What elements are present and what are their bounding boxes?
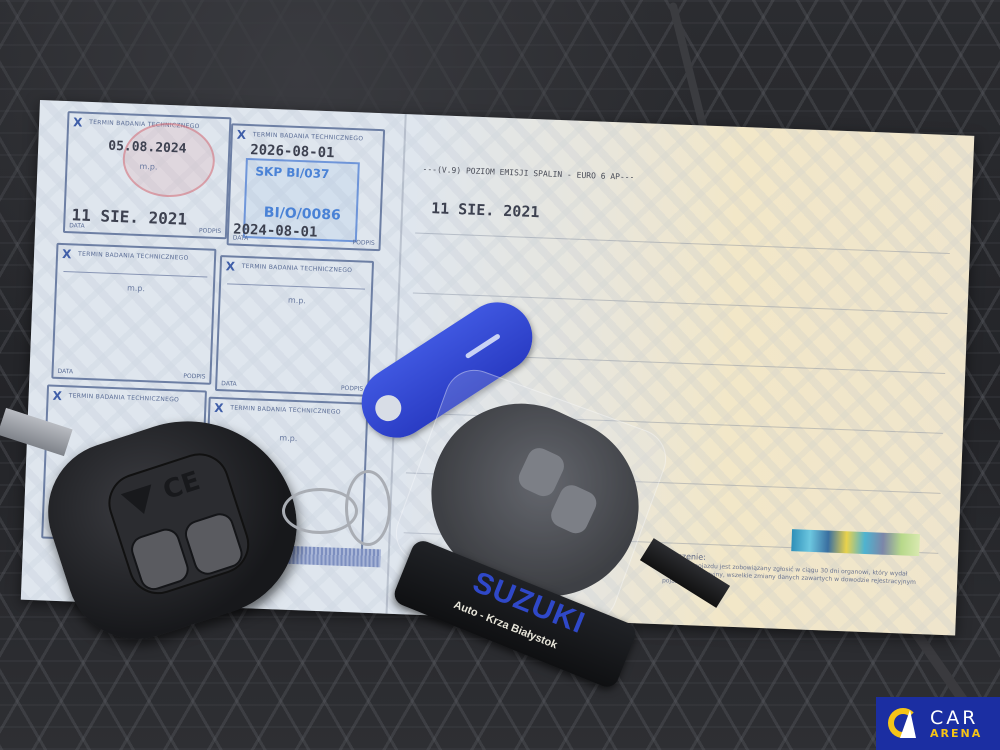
inspection-box-1: X TERMIN BADANIA TECHNICZNEGO 05.08.2024… bbox=[63, 111, 232, 239]
date-label: DATA bbox=[233, 235, 249, 243]
box-header: TERMIN BADANIA TECHNICZNEGO bbox=[69, 392, 180, 403]
car-arena-logo: CAR ARENA bbox=[876, 697, 1000, 750]
x-mark-icon: X bbox=[62, 247, 72, 261]
x-mark-icon: X bbox=[225, 259, 235, 273]
inspection-date-stamp: 11 SIE. 2021 bbox=[71, 205, 187, 228]
logo-text-car: CAR bbox=[930, 709, 982, 728]
inspection-box-2: X TERMIN BADANIA TECHNICZNEGO 2026-08-01… bbox=[227, 123, 386, 251]
ce-mark-icon: CE bbox=[160, 466, 204, 506]
box-header: TERMIN BADANIA TECHNICZNEGO bbox=[230, 405, 341, 416]
seal-label: m.p. bbox=[288, 296, 306, 306]
car-arena-mark-icon bbox=[888, 704, 928, 744]
date-label: DATA bbox=[69, 222, 85, 230]
signature-label: PODPIS bbox=[199, 227, 221, 235]
divider bbox=[227, 283, 365, 289]
next-inspection-date: 05.08.2024 bbox=[108, 139, 187, 157]
x-mark-icon: X bbox=[52, 389, 62, 403]
lock-button bbox=[181, 510, 246, 579]
red-stamp bbox=[121, 121, 216, 198]
logo-text-arena: ARENA bbox=[930, 728, 982, 739]
key-button-panel: CE bbox=[101, 446, 257, 602]
x-mark-icon: X bbox=[237, 128, 247, 142]
seal-label: m.p. bbox=[127, 283, 145, 293]
seal-label: m.p. bbox=[139, 162, 157, 172]
x-mark-icon: X bbox=[73, 115, 83, 129]
key-ring bbox=[345, 470, 391, 546]
station-number: BI/O/0086 bbox=[264, 205, 342, 224]
box-header: TERMIN BADANIA TECHNICZNEGO bbox=[242, 263, 353, 274]
tag-slot bbox=[465, 333, 501, 359]
divider bbox=[63, 271, 207, 278]
box-header: TERMIN BADANIA TECHNICZNEGO bbox=[253, 131, 364, 142]
unlock-button bbox=[127, 525, 192, 594]
x-mark-icon: X bbox=[214, 401, 224, 415]
signature-label: PODPIS bbox=[183, 373, 205, 381]
tag-hole bbox=[370, 390, 406, 426]
date-label: DATA bbox=[221, 380, 237, 388]
signature-label: PODPIS bbox=[352, 239, 374, 247]
ruled-line bbox=[415, 233, 950, 255]
inspection-box-4: X TERMIN BADANIA TECHNICZNEGO m.p. DATA … bbox=[215, 255, 374, 397]
station-code: SKP BI/037 bbox=[255, 164, 329, 181]
inspection-box-3: X TERMIN BADANIA TECHNICZNEGO m.p. DATA … bbox=[51, 243, 216, 385]
hologram-strip bbox=[791, 529, 920, 556]
signature-label: PODPIS bbox=[341, 385, 363, 393]
seal-label: m.p. bbox=[279, 433, 297, 443]
emission-note: ---(V.9) POZIOM EMISJI SPALIN - EURO 6 A… bbox=[422, 165, 634, 182]
date-label: DATA bbox=[57, 368, 73, 376]
box-header: TERMIN BADANIA TECHNICZNEGO bbox=[78, 251, 189, 262]
emission-date-stamp: 11 SIE. 2021 bbox=[431, 199, 540, 221]
hazard-triangle-icon bbox=[121, 484, 159, 519]
